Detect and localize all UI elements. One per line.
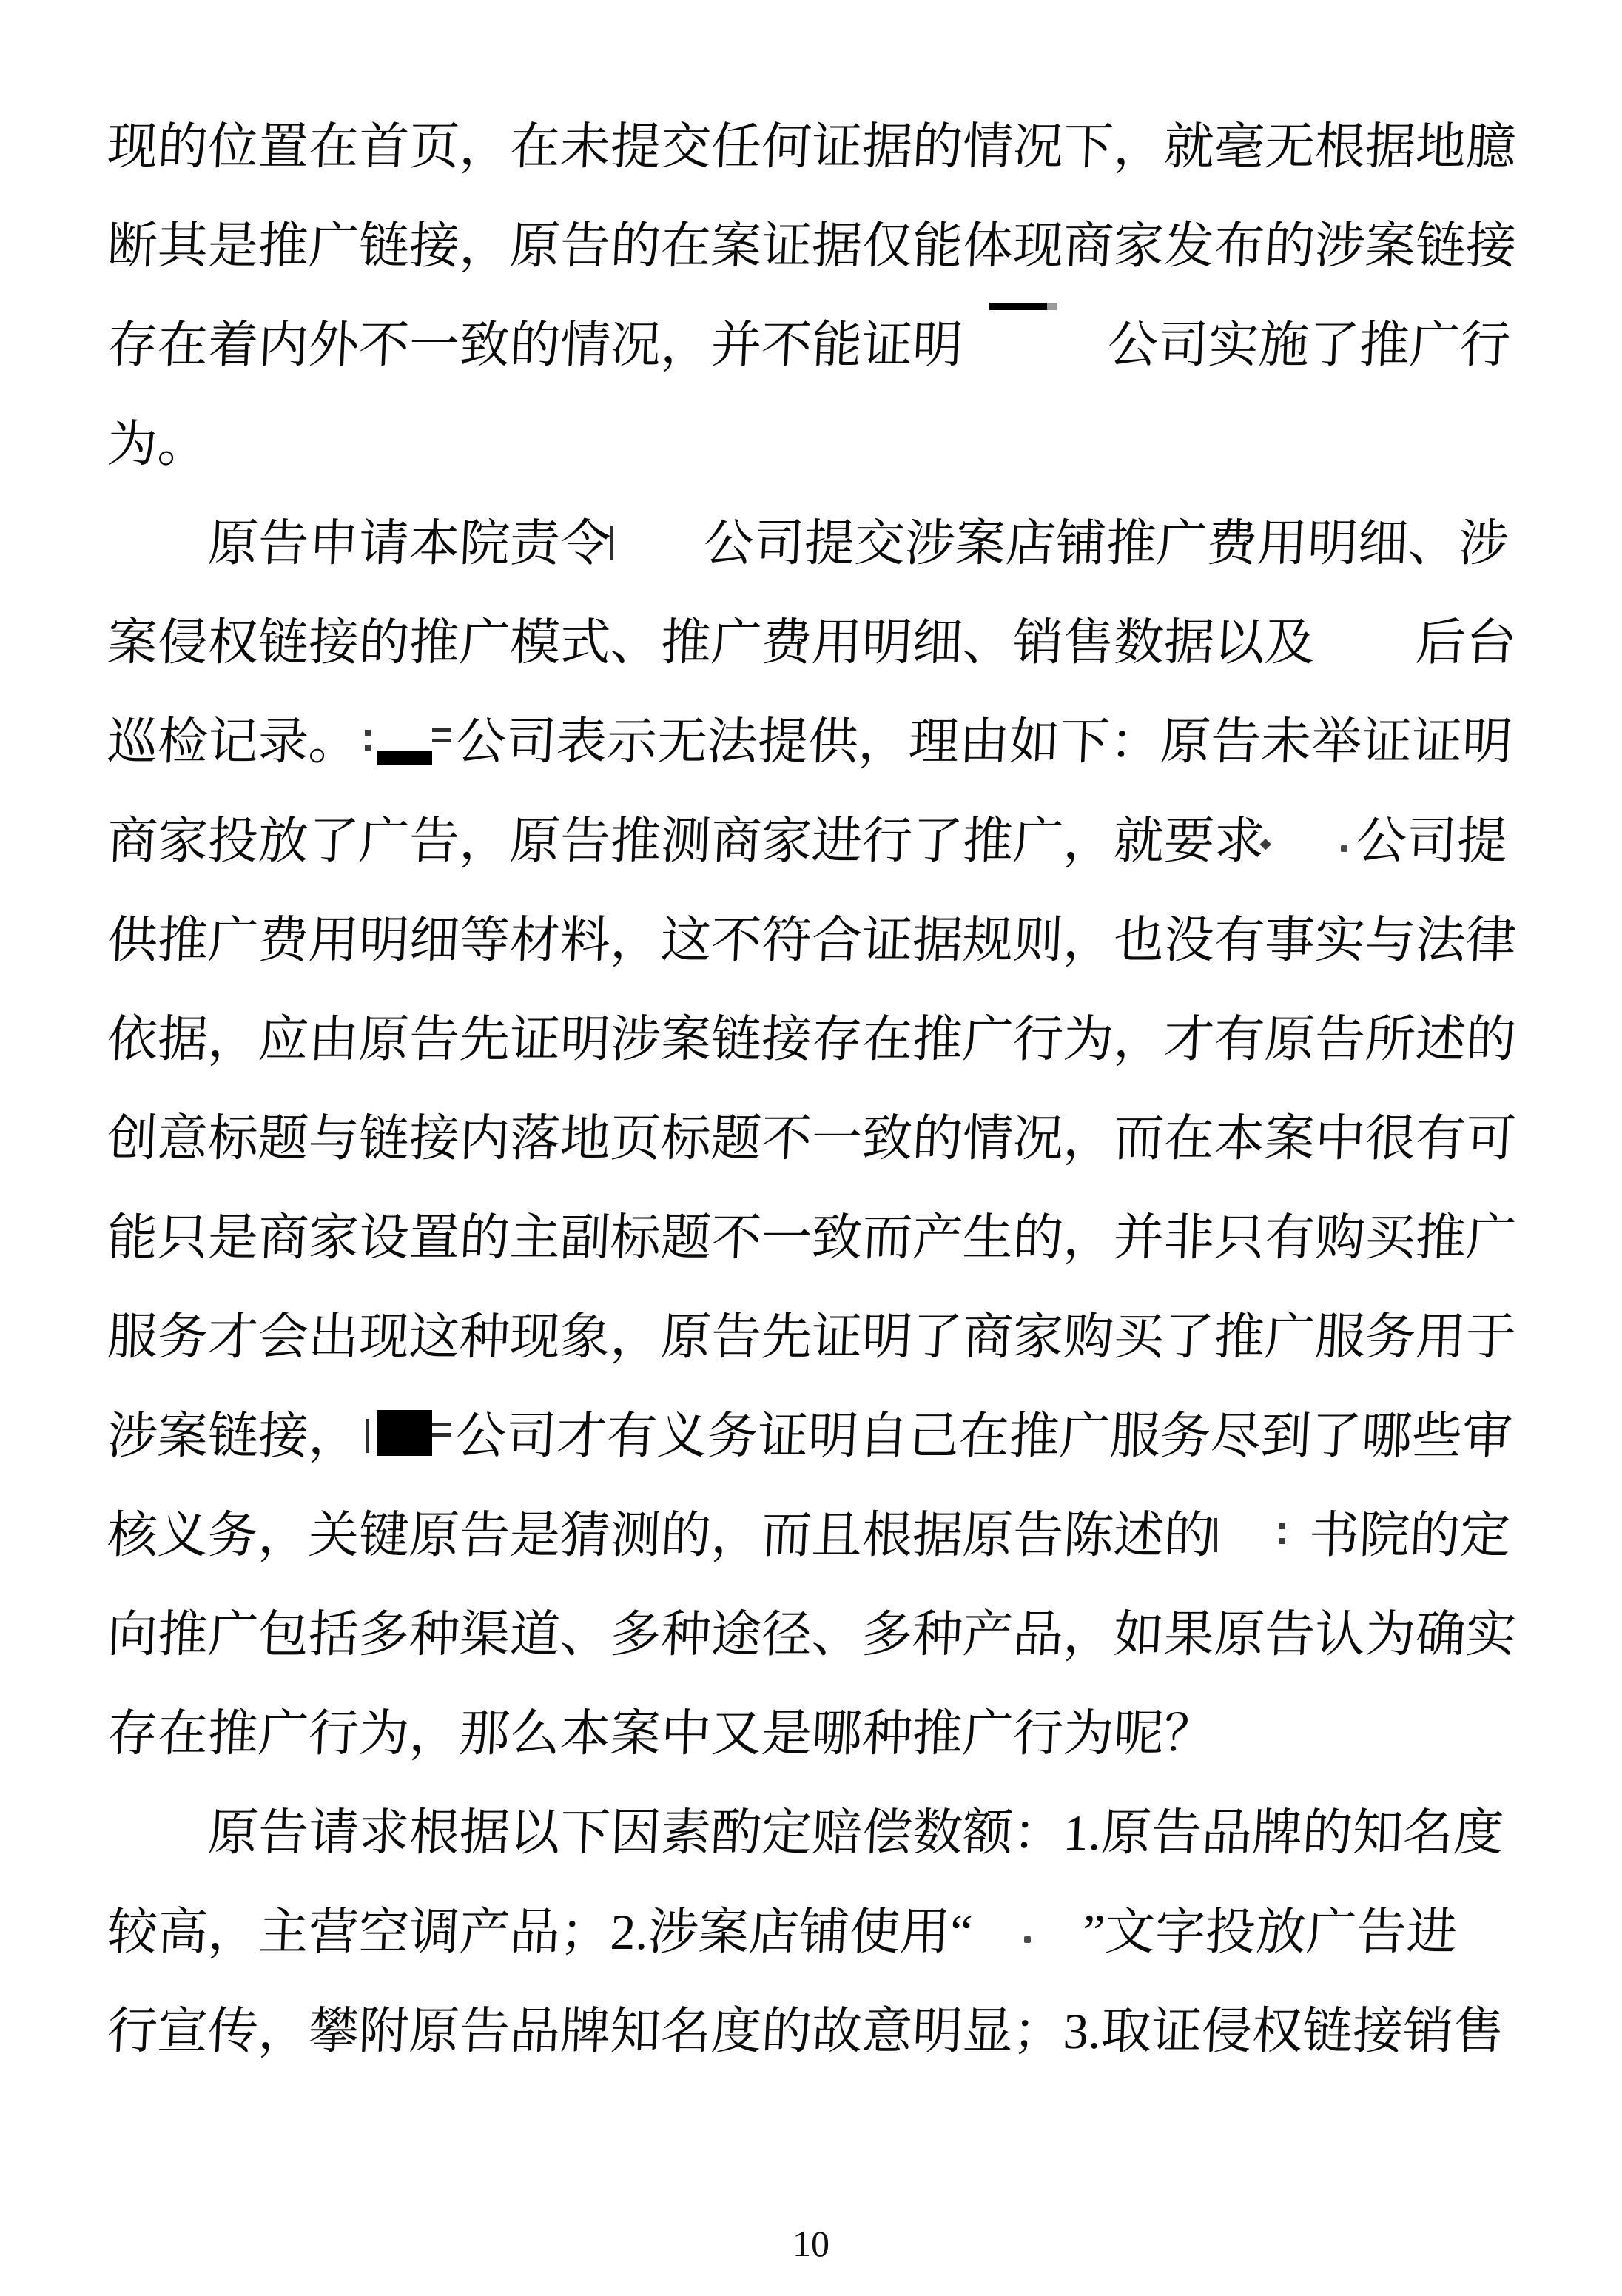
line-text: 公司才有义务证明自己在推广服务尽到了哪些审 [455, 1411, 1514, 1461]
text-line: 存在着内外不一致的情况，并不能证明公司实施了推广行 [107, 295, 1516, 395]
text-line: 服务才会出现这种现象，原告先证明了商家购买了推广服务用于 [107, 1287, 1516, 1386]
redacted-blank [1315, 640, 1416, 645]
text-line: 涉案链接，公司才有义务证明自己在推广服务尽到了哪些审 [107, 1386, 1516, 1486]
redacted-blank [1031, 1929, 1083, 1935]
line-text: 现的位置在首页，在未提交任何证据的情况下，就毫无根据地臆 [107, 121, 1518, 172]
scanned-court-document-page: 现的位置在首页，在未提交任何证据的情况下，就毫无根据地臆断其是推广链接，原告的在… [0, 0, 1622, 2296]
line-text: 向推广包括多种渠道、多种途径、多种产品，如果原告认为确实 [107, 1609, 1518, 1659]
line-text: 公司提 [1356, 816, 1509, 866]
redacted-blank [371, 739, 377, 745]
text-line: 供推广费用明细等材料，这不符合证据规则，也没有事实与法律 [107, 890, 1516, 990]
redaction-fragment [432, 728, 451, 732]
text-line: 向推广包括多种渠道、多种途径、多种产品，如果原告认为确实 [107, 1585, 1516, 1684]
redacted-blank [369, 1433, 377, 1439]
line-text: 行宣传，攀附原告品牌知名度的故意明显；3.取证侵权链接销售 [107, 2006, 1505, 2056]
line-text: 为。 [107, 419, 209, 469]
text-line: 原告请求根据以下因素酌定赔偿数额：1.原告品牌的知名度 [107, 1783, 1516, 1882]
line-text: 商家投放了广告，原告推测商家进行了推广，就要求 [107, 816, 1266, 866]
line-text: 公司实施了推广行 [1107, 320, 1512, 370]
line-text: 公司表示无法提供，理由如下：原告未举证证明 [455, 716, 1514, 767]
line-text: ”文字投放广告进 [1082, 1907, 1458, 1957]
redacted-blank [1057, 342, 1108, 348]
redaction-fragment [432, 1423, 451, 1426]
line-text: 核义务，关键原告是猜测的，而且根据原告陈述的 [107, 1510, 1216, 1560]
line-text: 依据，应由原告先证明涉案链接存在推广行为，才有原告所述的 [107, 1014, 1518, 1064]
text-line: 依据，应由原告先证明涉案链接存在推广行为，才有原告所述的 [107, 990, 1516, 1089]
redaction-fragment [1024, 1936, 1031, 1943]
redaction-box [377, 1410, 432, 1456]
redaction-fragment [365, 730, 371, 736]
text-line: 较高，主营空调产品；2.涉案店铺使用“”文字投放广告进 [107, 1882, 1516, 1981]
line-text: 创意标题与链接内落地页标题不一致的情况，而在本案中很有可 [107, 1113, 1518, 1164]
text-line: 创意标题与链接内落地页标题不一致的情况，而在本案中很有可 [107, 1089, 1516, 1188]
line-text: 巡检记录。 [107, 716, 360, 767]
redacted-blank [613, 540, 704, 546]
line-text: 原告申请本院责令 [207, 518, 612, 568]
line-text: 存在推广行为，那么本案中又是哪种推广行为呢？ [107, 1708, 1216, 1759]
line-text: 书院的定 [1308, 1510, 1512, 1560]
line-text: 后台 [1414, 617, 1517, 668]
line-text: 较高，主营空调产品；2.涉案店铺使用“ [107, 1907, 974, 1957]
text-line: 商家投放了广告，原告推测商家进行了推广，就要求公司提 [107, 791, 1516, 890]
text-line: 核义务，关键原告是猜测的，而且根据原告陈述的书院的定 [107, 1486, 1516, 1585]
line-text: 供推广费用明细等材料，这不符合证据规则，也没有事实与法律 [107, 915, 1518, 965]
text-line: 为。 [107, 395, 1516, 494]
redacted-blank [1217, 1532, 1279, 1538]
redaction-bar [989, 303, 1057, 310]
text-line: 巡检记录。公司表示无法提供，理由如下：原告未举证证明 [107, 692, 1516, 791]
redaction-box [377, 751, 432, 765]
text-line: 现的位置在首页，在未提交任何证据的情况下，就毫无根据地臆 [107, 97, 1516, 196]
text-line: 行宣传，攀附原告品牌知名度的故意明显；3.取证侵权链接销售 [107, 1981, 1516, 2081]
redacted-blank [1273, 838, 1341, 844]
line-text: 存在着内外不一致的情况，并不能证明 [107, 320, 964, 370]
line-text: 服务才会出现这种现象，原告先证明了商家购买了推广服务用于 [107, 1312, 1518, 1362]
redacted-blank [359, 1433, 366, 1439]
redaction-fragment [1279, 1523, 1285, 1529]
redacted-blank [963, 342, 989, 348]
text-line: 能只是商家设置的主副标题不一致而产生的，并非只有购买推广 [107, 1188, 1516, 1287]
line-text: 能只是商家设置的主副标题不一致而产生的，并非只有购买推广 [107, 1212, 1518, 1263]
text-block: 现的位置在首页，在未提交任何证据的情况下，就毫无根据地臆断其是推广链接，原告的在… [107, 97, 1516, 2081]
redacted-blank [1285, 1532, 1309, 1538]
redacted-blank [359, 739, 365, 745]
redacted-blank [1347, 838, 1356, 844]
line-text: 涉案链接， [107, 1411, 360, 1461]
line-text: 案侵权链接的推广模式、推广费用明细、销售数据以及 [107, 617, 1316, 668]
line-text: 断其是推广链接，原告的在案证据仅能体现商家发布的涉案链接 [107, 221, 1518, 271]
text-line: 案侵权链接的推广模式、推广费用明细、销售数据以及后台 [107, 593, 1516, 692]
text-line: 断其是推广链接，原告的在案证据仅能体现商家发布的涉案链接 [107, 196, 1516, 295]
redaction-fragment [1341, 845, 1347, 852]
page-number: 10 [0, 2222, 1622, 2265]
line-text: 原告请求根据以下因素酌定赔偿数额：1.原告品牌的知名度 [207, 1807, 1505, 1858]
redacted-blank [972, 1929, 1024, 1935]
text-line: 存在推广行为，那么本案中又是哪种推广行为呢？ [107, 1684, 1516, 1783]
line-text: 公司提交涉案店铺推广费用明细、涉 [703, 518, 1510, 568]
text-line: 原告申请本院责令公司提交涉案店铺推广费用明细、涉 [107, 494, 1516, 593]
